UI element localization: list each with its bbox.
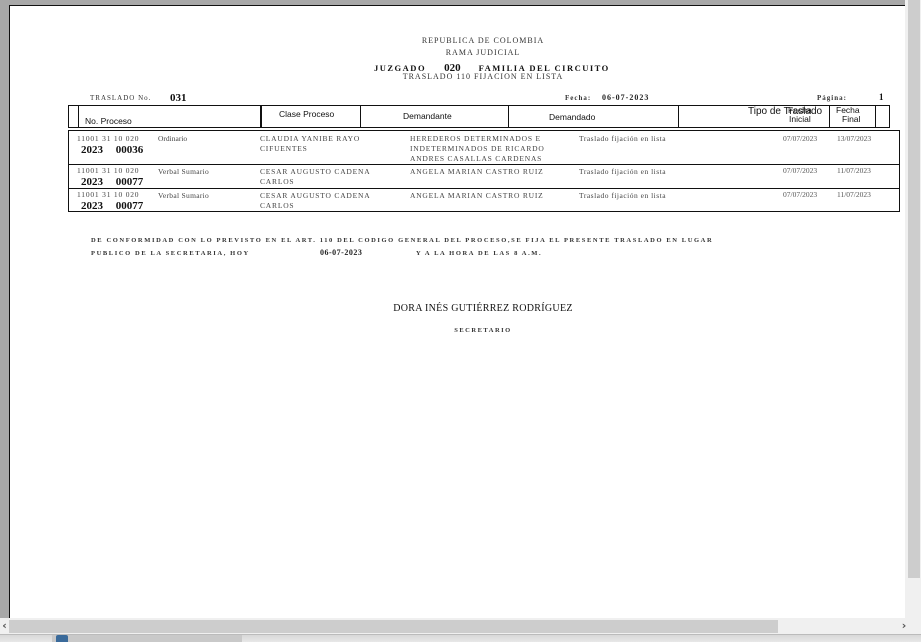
demandante-line1: CLAUDIA YANIBE RAYO [260,134,360,144]
fecha-final: 11/07/2023 [837,190,871,200]
proceso-number: 2023 00036 [81,145,143,155]
horizontal-scrollbar[interactable]: ‹ › [0,618,921,634]
demandante-line2: CIFUENTES [260,144,308,154]
notice-line2-a: PUBLICO DE LA SECRETARIA, HOY [91,250,250,257]
col-demandante: Demandante [361,106,509,127]
tipo-traslado: Traslado fijación en lista [579,167,666,177]
header-traslado-title: TRASLADO 110 FIJACION EN LISTA [333,72,633,81]
demandante-line1: CESAR AUGUSTO CADENA [260,191,370,201]
app-icon [56,635,68,642]
proceso-number: 2023 00077 [81,177,143,187]
notice-line1: DE CONFORMIDAD CON LO PREVISTO EN EL ART… [91,237,713,244]
notice-date: 06-07-2023 [320,248,362,257]
proceso-prefix: 11001 31 10 020 [77,190,139,200]
taskbar-window-button[interactable] [52,635,242,642]
signature-name: DORA INÉS GUTIÉRREZ RODRÍGUEZ [333,303,633,314]
table-row: 11001 31 10 020 2023 00036 Ordinario CLA… [69,131,899,164]
demandante-line2: CARLOS [260,201,294,211]
clase-proceso: Verbal Sumario [158,167,209,177]
tipo-traslado: Traslado fijación en lista [579,134,666,144]
header-republic: REPUBLICA DE COLOMBIA [333,36,633,45]
fecha-final: 13/07/2023 [837,134,871,144]
table-row: 11001 31 10 020 2023 00077 Verbal Sumari… [69,164,899,188]
fecha-inicial: 07/07/2023 [783,190,817,200]
pagina-label: Página: [817,94,847,102]
demandado-line1: ANGELA MARIAN CASTRO RUIZ [410,191,544,201]
table-body: 11001 31 10 020 2023 00036 Ordinario CLA… [68,130,900,212]
document-page: REPUBLICA DE COLOMBIA RAMA JUDICIAL JUZG… [9,5,906,619]
scroll-left-icon[interactable]: ‹ [0,618,9,634]
fecha-value: 06-07-2023 [602,93,649,102]
table-row: 11001 31 10 020 2023 00077 Verbal Sumari… [69,188,899,211]
header-spacer [69,106,79,127]
demandante-line2: CARLOS [260,177,294,187]
col-clase-proceso: Clase Proceso [261,106,361,127]
fecha-final: 11/07/2023 [837,166,871,176]
proceso-number: 2023 00077 [81,201,143,211]
document-viewer: REPUBLICA DE COLOMBIA RAMA JUDICIAL JUZG… [0,0,921,642]
traslado-number: 031 [170,92,187,104]
header-rama: RAMA JUDICIAL [333,48,633,57]
fecha-inicial: 07/07/2023 [783,166,817,176]
pagina-value: 1 [879,92,884,102]
demandante-line1: CESAR AUGUSTO CADENA [260,167,370,177]
fecha-inicial: 07/07/2023 [783,134,817,144]
signature-title: SECRETARIO [333,327,633,334]
notice-line2-b: Y A LA HORA DE LAS 8 A.M. [416,250,542,257]
tipo-traslado: Traslado fijación en lista [579,191,666,201]
demandado-line3: ANDRES CASALLAS CARDENAS [410,154,542,164]
demandado-line1: ANGELA MARIAN CASTRO RUIZ [410,167,544,177]
clase-proceso: Ordinario [158,134,187,144]
traslado-label: TRASLADO No. [90,94,151,102]
proceso-prefix: 11001 31 10 020 [77,134,139,144]
table-header: No. Proceso Clase Proceso Demandante Dem… [68,105,890,128]
demandado-line1: HEREDEROS DETERMINADOS E [410,134,541,144]
clase-proceso: Verbal Sumario [158,191,209,201]
proceso-prefix: 11001 31 10 020 [77,166,139,176]
col-demandado: Demandado [509,106,679,127]
col-no-proceso: No. Proceso [79,106,261,127]
demandado-line2: INDETERMINADOS DE RICARDO [410,144,545,154]
col-fecha-final: Fecha Final [830,106,890,127]
fecha-label: Fecha: [565,94,591,102]
vertical-scrollbar[interactable] [905,0,921,618]
vertical-scrollbar-thumb[interactable] [908,0,920,578]
col-fecha-inicial: Fecha Inicial [776,106,830,127]
taskbar [0,634,921,642]
horizontal-scrollbar-thumb[interactable] [9,620,778,633]
scroll-right-icon[interactable]: › [896,618,912,634]
